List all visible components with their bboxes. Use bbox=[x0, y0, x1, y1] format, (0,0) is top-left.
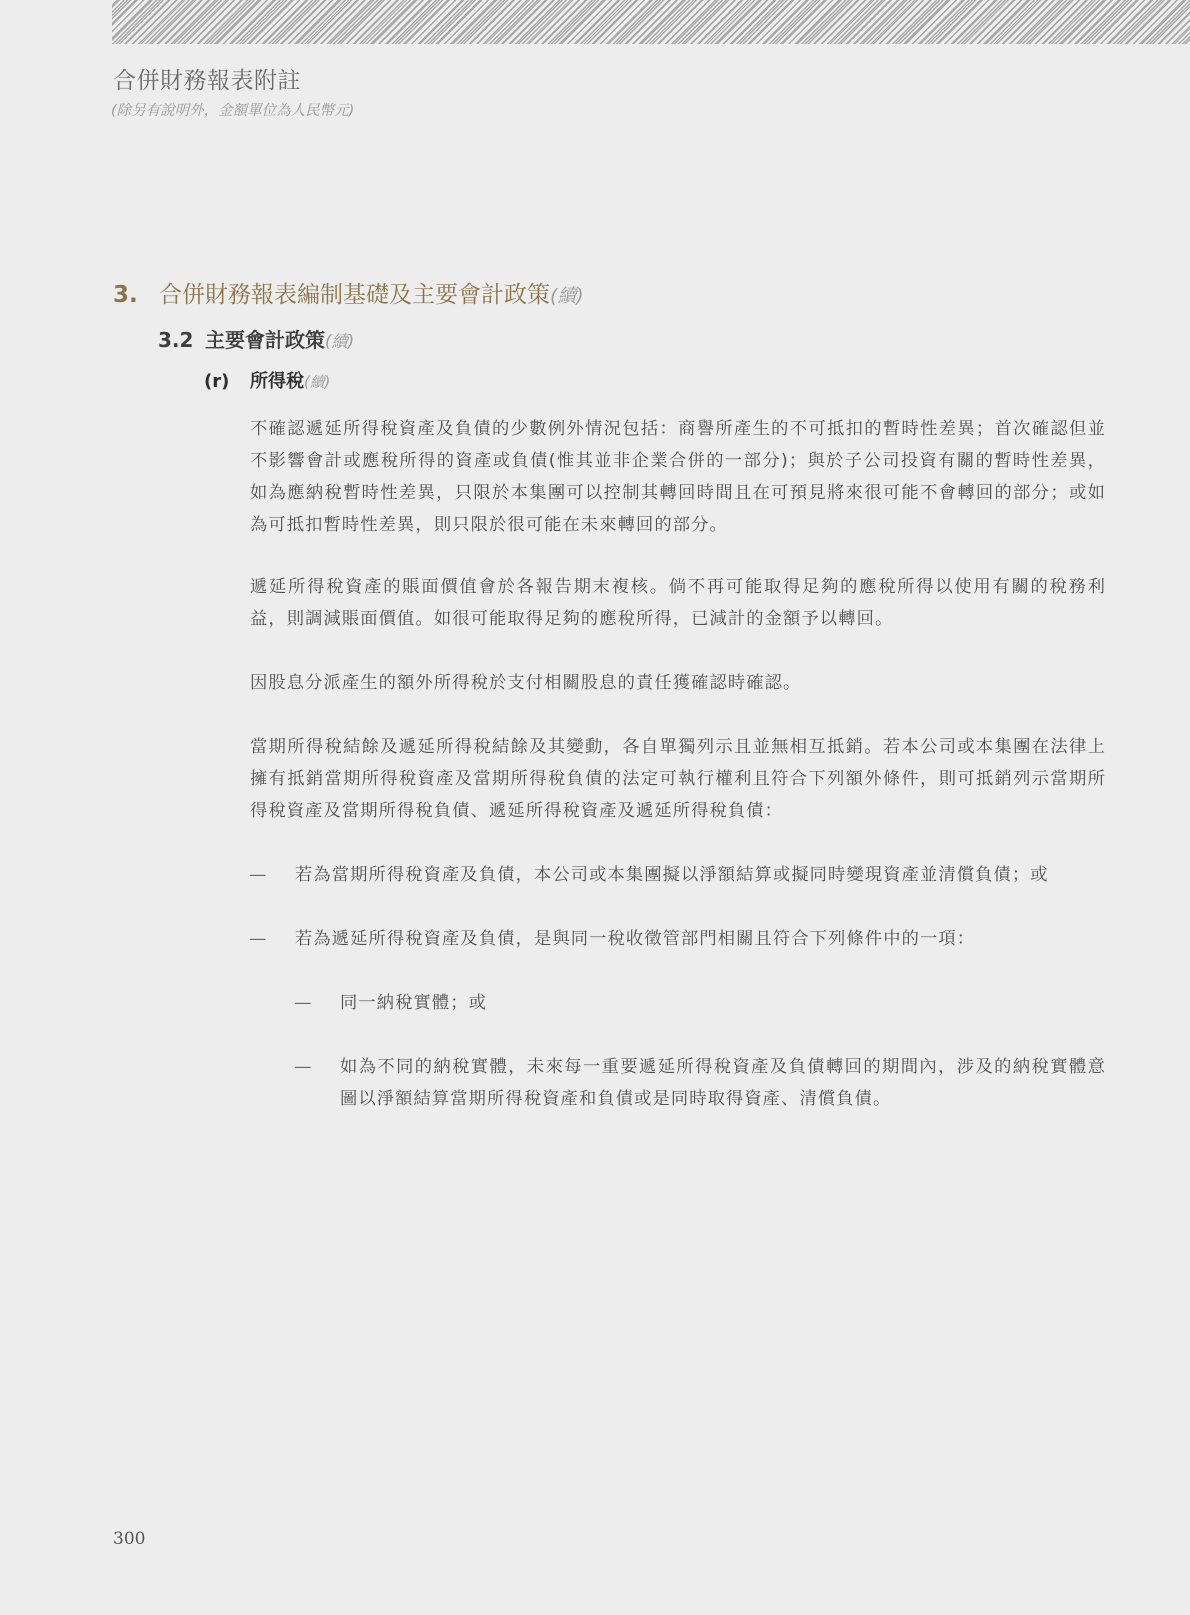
section-number: 3. bbox=[113, 282, 159, 308]
page-number: 300 bbox=[113, 1529, 145, 1549]
sub-list-item-text: 同一納稅實體；或 bbox=[340, 987, 487, 1019]
running-header-subtitle: (除另有說明外，金額單位為人民幣元) bbox=[111, 99, 354, 120]
list-item-text: 若為當期所得稅資產及負債，本公司或本集團擬以淨額結算或擬同時變現資產並清償負債；… bbox=[295, 859, 1049, 891]
subsection-number: 3.2 bbox=[158, 328, 205, 352]
section-heading: 3. 合併財務報表編制基礎及主要會計政策 (續) bbox=[113, 276, 584, 309]
paragraph-offsetting: 當期所得稅結餘及遞延所得稅結餘及其變動，各自單獨列示且並無相互抵銷。若本公司或本… bbox=[250, 731, 1106, 827]
hatch-pattern bbox=[112, 0, 1190, 44]
sub-list-item-text: 如為不同的納稅實體，未來每一重要遞延所得稅資產及負債轉回的期間內，涉及的納稅實體… bbox=[340, 1051, 1106, 1115]
list-item: — 若為當期所得稅資產及負債，本公司或本集團擬以淨額結算或擬同時變現資產並清償負… bbox=[249, 859, 1106, 891]
running-header-title: 合併財務報表附註 bbox=[113, 62, 301, 95]
sub-list-item: — 如為不同的納稅實體，未來每一重要遞延所得稅資產及負債轉回的期間內，涉及的納稅… bbox=[294, 1051, 1106, 1115]
item-title: 所得稅 bbox=[250, 367, 304, 393]
subsection-continued: (續) bbox=[325, 328, 354, 352]
dash-bullet-icon: — bbox=[249, 859, 295, 891]
dash-bullet-icon: — bbox=[294, 1051, 340, 1115]
subsection-title: 主要會計政策 bbox=[205, 324, 325, 353]
item-heading: (r) 所得稅 (續) bbox=[204, 367, 330, 393]
dash-bullet-icon: — bbox=[249, 923, 295, 955]
paragraph-exceptions: 不確認遞延所得稅資產及負債的少數例外情況包括：商譽所產生的不可抵扣的暫時性差異；… bbox=[250, 413, 1106, 541]
section-continued: (續) bbox=[550, 281, 584, 308]
list-item-text: 若為遞延所得稅資產及負債，是與同一稅收徵管部門相關且符合下列條件中的一項： bbox=[295, 923, 975, 955]
item-number: (r) bbox=[204, 371, 250, 392]
decorative-hatch-band bbox=[112, 0, 1190, 44]
paragraph-carrying-amount: 遞延所得稅資產的賬面價值會於各報告期末複核。倘不再可能取得足夠的應稅所得以使用有… bbox=[250, 571, 1106, 635]
section-title: 合併財務報表編制基礎及主要會計政策 bbox=[159, 276, 550, 309]
paragraph-dividend-tax: 因股息分派產生的額外所得稅於支付相關股息的責任獲確認時確認。 bbox=[250, 667, 1106, 699]
dash-bullet-icon: — bbox=[294, 987, 340, 1019]
list-item: — 若為遞延所得稅資產及負債，是與同一稅收徵管部門相關且符合下列條件中的一項： bbox=[249, 923, 1106, 955]
sub-list-item: — 同一納稅實體；或 bbox=[294, 987, 1106, 1019]
subsection-heading: 3.2 主要會計政策 (續) bbox=[158, 324, 354, 353]
item-continued: (續) bbox=[304, 371, 330, 392]
